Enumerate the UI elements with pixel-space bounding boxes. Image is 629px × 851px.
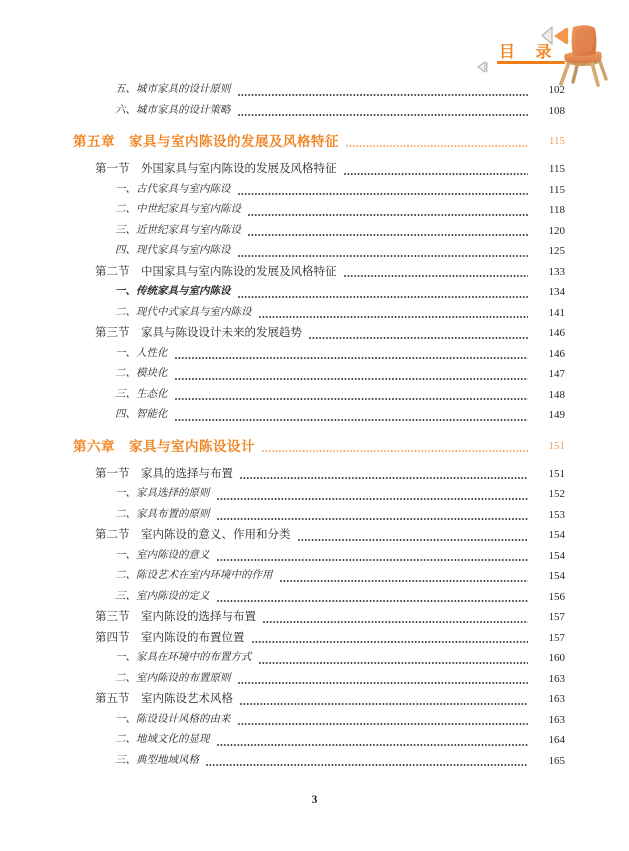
chair-image bbox=[556, 24, 610, 88]
toc-entry: 六、城市家具的设计策略108 bbox=[73, 101, 565, 122]
toc-entry-page: 133 bbox=[535, 262, 565, 283]
toc-leader-dots bbox=[206, 764, 528, 766]
toc-entry-label: 一、家具在环境中的布置方式 bbox=[115, 648, 252, 669]
toc-entry: 一、室内陈设的意义154 bbox=[73, 546, 565, 567]
toc-entry-label: 第二节 室内陈设的意义、作用和分类 bbox=[95, 525, 291, 546]
toc-entry: 三、近世纪家具与室内陈设120 bbox=[73, 221, 565, 242]
toc-entry-label: 三、室内陈设的定义 bbox=[115, 587, 210, 608]
toc-entry-page: 157 bbox=[535, 628, 565, 649]
toc-leader-dots bbox=[238, 255, 529, 257]
toc-entry-page: 102 bbox=[535, 80, 565, 101]
toc-leader-dots bbox=[238, 682, 529, 684]
toc-entry-page: 146 bbox=[535, 323, 565, 344]
toc-leader-dots bbox=[217, 600, 529, 602]
toc-leader-dots bbox=[217, 744, 529, 746]
toc-entry-label: 二、现代中式家具与室内陈设 bbox=[115, 303, 252, 324]
toc-chapter-entry: 第六章 家具与室内陈设设计151 bbox=[73, 436, 565, 457]
toc-entry: 一、古代家具与室内陈设115 bbox=[73, 180, 565, 201]
toc-entry: 四、现代家具与室内陈设125 bbox=[73, 241, 565, 262]
toc-entry-label: 二、家具布置的原则 bbox=[115, 505, 210, 526]
toc-leader-dots bbox=[217, 518, 529, 520]
toc-entry-page: 153 bbox=[535, 505, 565, 526]
toc-leader-dots bbox=[298, 539, 529, 541]
toc-entry: 一、家具选择的原则152 bbox=[73, 484, 565, 505]
toc-entry-label: 六、城市家具的设计策略 bbox=[115, 101, 231, 122]
toc-entry-page: 134 bbox=[535, 282, 565, 303]
toc-entry: 二、模块化147 bbox=[73, 364, 565, 385]
toc-entry-label: 二、陈设艺术在室内环境中的作用 bbox=[115, 566, 273, 587]
toc-entry-label: 三、近世纪家具与室内陈设 bbox=[115, 221, 241, 242]
toc-entry-label: 四、现代家具与室内陈设 bbox=[115, 241, 231, 262]
toc-entry-page: 147 bbox=[535, 364, 565, 385]
toc-entry-page: 165 bbox=[535, 751, 565, 772]
toc-entry-page: 156 bbox=[535, 587, 565, 608]
toc-entry: 四、智能化149 bbox=[73, 405, 565, 426]
toc-entry: 三、生态化148 bbox=[73, 385, 565, 406]
toc-entry-page: 149 bbox=[535, 405, 565, 426]
toc-leader-dots bbox=[248, 234, 528, 236]
toc-leader-dots bbox=[262, 450, 528, 452]
toc-entry: 三、典型地域风格165 bbox=[73, 751, 565, 772]
toc-entry-page: 164 bbox=[535, 730, 565, 751]
toc-list: 五、城市家具的设计原则102 六、城市家具的设计策略108 第五章 家具与室内陈… bbox=[73, 80, 565, 771]
toc-leader-dots bbox=[238, 193, 529, 195]
toc-entry: 二、现代中式家具与室内陈设141 bbox=[73, 303, 565, 324]
toc-entry-label: 一、室内陈设的意义 bbox=[115, 546, 210, 567]
toc-entry: 第五节 室内陈设艺术风格163 bbox=[73, 689, 565, 710]
toc-entry-label: 第五节 室内陈设艺术风格 bbox=[95, 689, 233, 710]
title-underline bbox=[497, 61, 565, 64]
toc-leader-dots bbox=[248, 214, 528, 216]
toc-entry-page: 151 bbox=[535, 464, 565, 485]
toc-entry-page: 125 bbox=[535, 241, 565, 262]
toc-entry-page: 163 bbox=[535, 689, 565, 710]
single-chevron-left-icon bbox=[475, 59, 491, 75]
toc-entry: 一、人性化146 bbox=[73, 344, 565, 365]
toc-entry-page: 141 bbox=[535, 303, 565, 324]
toc-leader-dots bbox=[175, 357, 529, 359]
toc-entry-label: 第三节 室内陈设的选择与布置 bbox=[95, 607, 256, 628]
toc-leader-dots bbox=[346, 145, 528, 147]
toc-entry-label: 二、中世纪家具与室内陈设 bbox=[115, 200, 241, 221]
toc-entry-page: 120 bbox=[535, 221, 565, 242]
toc-entry-label: 二、地域文化的显现 bbox=[115, 730, 210, 751]
toc-entry-page: 152 bbox=[535, 484, 565, 505]
toc-entry: 二、陈设艺术在室内环境中的作用154 bbox=[73, 566, 565, 587]
toc-entry-page: 115 bbox=[535, 131, 565, 152]
toc-entry-label: 三、生态化 bbox=[115, 385, 168, 406]
toc-leader-dots bbox=[240, 703, 528, 705]
toc-entry: 一、陈设设计风格的由来163 bbox=[73, 710, 565, 731]
toc-entry: 第四节 室内陈设的布置位置157 bbox=[73, 628, 565, 649]
toc-entry-label: 三、典型地域风格 bbox=[115, 751, 199, 772]
toc-leader-dots bbox=[238, 723, 529, 725]
toc-entry: 一、家具在环境中的布置方式160 bbox=[73, 648, 565, 669]
toc-entry: 二、室内陈设的布置原则163 bbox=[73, 669, 565, 690]
toc-leader-dots bbox=[344, 275, 529, 277]
toc-entry-page: 163 bbox=[535, 669, 565, 690]
toc-entry-label: 一、人性化 bbox=[115, 344, 168, 365]
toc-entry: 第三节 家具与陈设设计未来的发展趋势146 bbox=[73, 323, 565, 344]
toc-entry: 第二节 室内陈设的意义、作用和分类154 bbox=[73, 525, 565, 546]
toc-entry-label: 一、陈设设计风格的由来 bbox=[115, 710, 231, 731]
footer-page-number: 3 bbox=[0, 794, 629, 806]
toc-entry-page: 154 bbox=[535, 525, 565, 546]
toc-entry-label: 一、家具选择的原则 bbox=[115, 484, 210, 505]
toc-entry-label: 二、模块化 bbox=[115, 364, 168, 385]
toc-entry-page: 108 bbox=[535, 101, 565, 122]
toc-entry: 一、传统家具与室内陈设134 bbox=[73, 282, 565, 303]
toc-entry-page: 160 bbox=[535, 648, 565, 669]
toc-entry-page: 157 bbox=[535, 607, 565, 628]
toc-entry: 第三节 室内陈设的选择与布置157 bbox=[73, 607, 565, 628]
toc-leader-dots bbox=[217, 498, 529, 500]
toc-leader-dots bbox=[280, 580, 529, 582]
toc-leader-dots bbox=[240, 477, 528, 479]
toc-chapter-label: 第五章 家具与室内陈设的发展及风格特征 bbox=[73, 131, 339, 152]
toc-chapter-label: 第六章 家具与室内陈设设计 bbox=[73, 436, 255, 457]
toc-entry-label: 第一节 外国家具与室内陈设的发展及风格特征 bbox=[95, 159, 337, 180]
toc-entry: 第一节 外国家具与室内陈设的发展及风格特征115 bbox=[73, 159, 565, 180]
book-page: { "header": { "title": "目 录", "accent_co… bbox=[0, 0, 629, 851]
toc-entry-page: 146 bbox=[535, 344, 565, 365]
toc-leader-dots bbox=[259, 662, 529, 664]
toc-entry: 第一节 家具的选择与布置151 bbox=[73, 464, 565, 485]
toc-entry: 二、中世纪家具与室内陈设118 bbox=[73, 200, 565, 221]
toc-leader-dots bbox=[217, 559, 529, 561]
toc-leader-dots bbox=[175, 398, 529, 400]
toc-entry: 二、地域文化的显现164 bbox=[73, 730, 565, 751]
toc-entry: 二、家具布置的原则153 bbox=[73, 505, 565, 526]
toc-entry-page: 163 bbox=[535, 710, 565, 731]
toc-entry-label: 第四节 室内陈设的布置位置 bbox=[95, 628, 245, 649]
toc-leader-dots bbox=[344, 173, 529, 175]
toc-entry-label: 四、智能化 bbox=[115, 405, 168, 426]
toc-entry-page: 115 bbox=[535, 180, 565, 201]
toc-entry-page: 154 bbox=[535, 546, 565, 567]
toc-entry: 第二节 中国家具与室内陈设的发展及风格特征133 bbox=[73, 262, 565, 283]
toc-leader-dots bbox=[175, 419, 529, 421]
toc-entry-page: 118 bbox=[535, 200, 565, 221]
toc-leader-dots bbox=[309, 337, 528, 339]
toc-leader-dots bbox=[263, 621, 528, 623]
toc-entry-label: 一、传统家具与室内陈设 bbox=[115, 282, 231, 303]
toc-entry: 五、城市家具的设计原则102 bbox=[73, 80, 565, 101]
toc-entry-page: 151 bbox=[535, 436, 565, 457]
toc-leader-dots bbox=[238, 94, 529, 96]
toc-chapter-entry: 第五章 家具与室内陈设的发展及风格特征115 bbox=[73, 131, 565, 152]
toc-entry-label: 二、室内陈设的布置原则 bbox=[115, 669, 231, 690]
toc-entry-page: 115 bbox=[535, 159, 565, 180]
toc-leader-dots bbox=[252, 641, 529, 643]
toc-entry-page: 148 bbox=[535, 385, 565, 406]
toc-entry-page: 154 bbox=[535, 566, 565, 587]
toc-entry: 三、室内陈设的定义156 bbox=[73, 587, 565, 608]
toc-leader-dots bbox=[259, 316, 529, 318]
toc-entry-label: 第二节 中国家具与室内陈设的发展及风格特征 bbox=[95, 262, 337, 283]
toc-entry-label: 第三节 家具与陈设设计未来的发展趋势 bbox=[95, 323, 302, 344]
toc-entry-label: 五、城市家具的设计原则 bbox=[115, 80, 231, 101]
toc-entry-label: 第一节 家具的选择与布置 bbox=[95, 464, 233, 485]
toc-leader-dots bbox=[238, 114, 529, 116]
toc-leader-dots bbox=[175, 378, 529, 380]
toc-entry-label: 一、古代家具与室内陈设 bbox=[115, 180, 231, 201]
toc-leader-dots bbox=[238, 296, 529, 298]
